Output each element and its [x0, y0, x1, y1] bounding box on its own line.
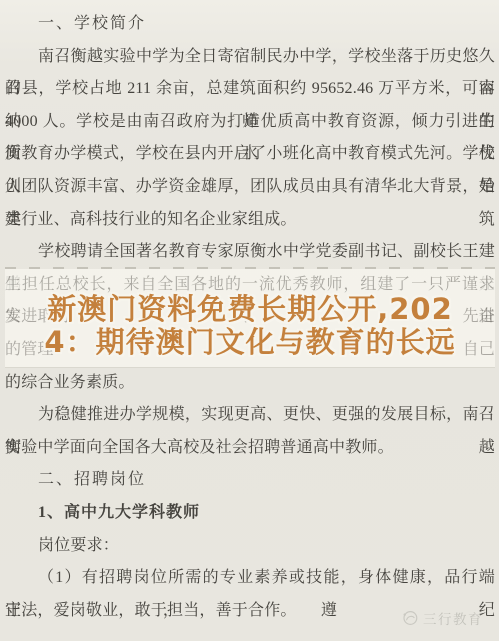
- requirement-line: （1）有招聘岗位所需的专业素养或技能，身体健康，品行端正，遵纪: [5, 562, 495, 595]
- sanxing-logo-label: 三行教育: [423, 608, 483, 628]
- faded-fragment-right: 先进: [463, 301, 495, 334]
- paragraph-line: 学校聘请全国著名教育专家原衡水中学党委副书记、副校长王建鹏先: [5, 236, 495, 269]
- job-title: 1、高中九大学科教师: [5, 497, 495, 530]
- watermark-band: 生担任总校长，来自全国各地的一流优秀教师，组建了一只严谨求实、奋 发进取的 先进…: [5, 269, 495, 367]
- paragraph-line: 南召衡越实验中学为全日寄宿制民办中学，学校坐落于历史悠久的南: [5, 41, 495, 74]
- paragraph-line: 召县，学校占地 211 余亩，总建筑面积约 95652.46 万平方米，可容纳师…: [5, 73, 495, 106]
- paragraph-line: 的综合业务素质。: [5, 367, 495, 400]
- faded-paragraph-line: 生担任总校长，来自全国各地的一流优秀教师，组建了一只严谨求实、奋: [5, 269, 495, 302]
- sanxing-logo-icon: [401, 609, 419, 627]
- requirements-label: 岗位要求：: [5, 530, 495, 563]
- faded-fragment-right: 自己: [463, 334, 495, 367]
- document-page: 一、学校简介 南召衡越实验中学为全日寄宿制民办中学，学校坐落于历史悠久的南 召县…: [0, 0, 499, 641]
- faded-fragment-left: 发进取的: [5, 301, 70, 334]
- faded-paragraph-line: 的管理 自己: [5, 334, 495, 367]
- paragraph-line: 质教育办学模式，学校在县内开启了小班化高中教育模式先河。学校创始: [5, 138, 495, 171]
- paragraph-line: 4000 人。学校是由南召政府为打造优质高中教育资源，倾力引进的衡水优: [5, 106, 495, 139]
- paragraph-line: 为稳健推进办学规模，实现更高、更快、更强的发展目标，南召衡越: [5, 399, 495, 432]
- paragraph-line: 人团队资源丰富、办学资金雄厚，团队成员由具有清华北大背景，是建筑: [5, 171, 495, 204]
- section-heading-school-intro: 一、学校简介: [5, 8, 495, 41]
- faded-fragment-left: 的管理: [5, 334, 54, 367]
- sanxing-education-watermark: 三行教育: [401, 608, 483, 628]
- section-heading-positions: 二、招聘岗位: [5, 464, 495, 497]
